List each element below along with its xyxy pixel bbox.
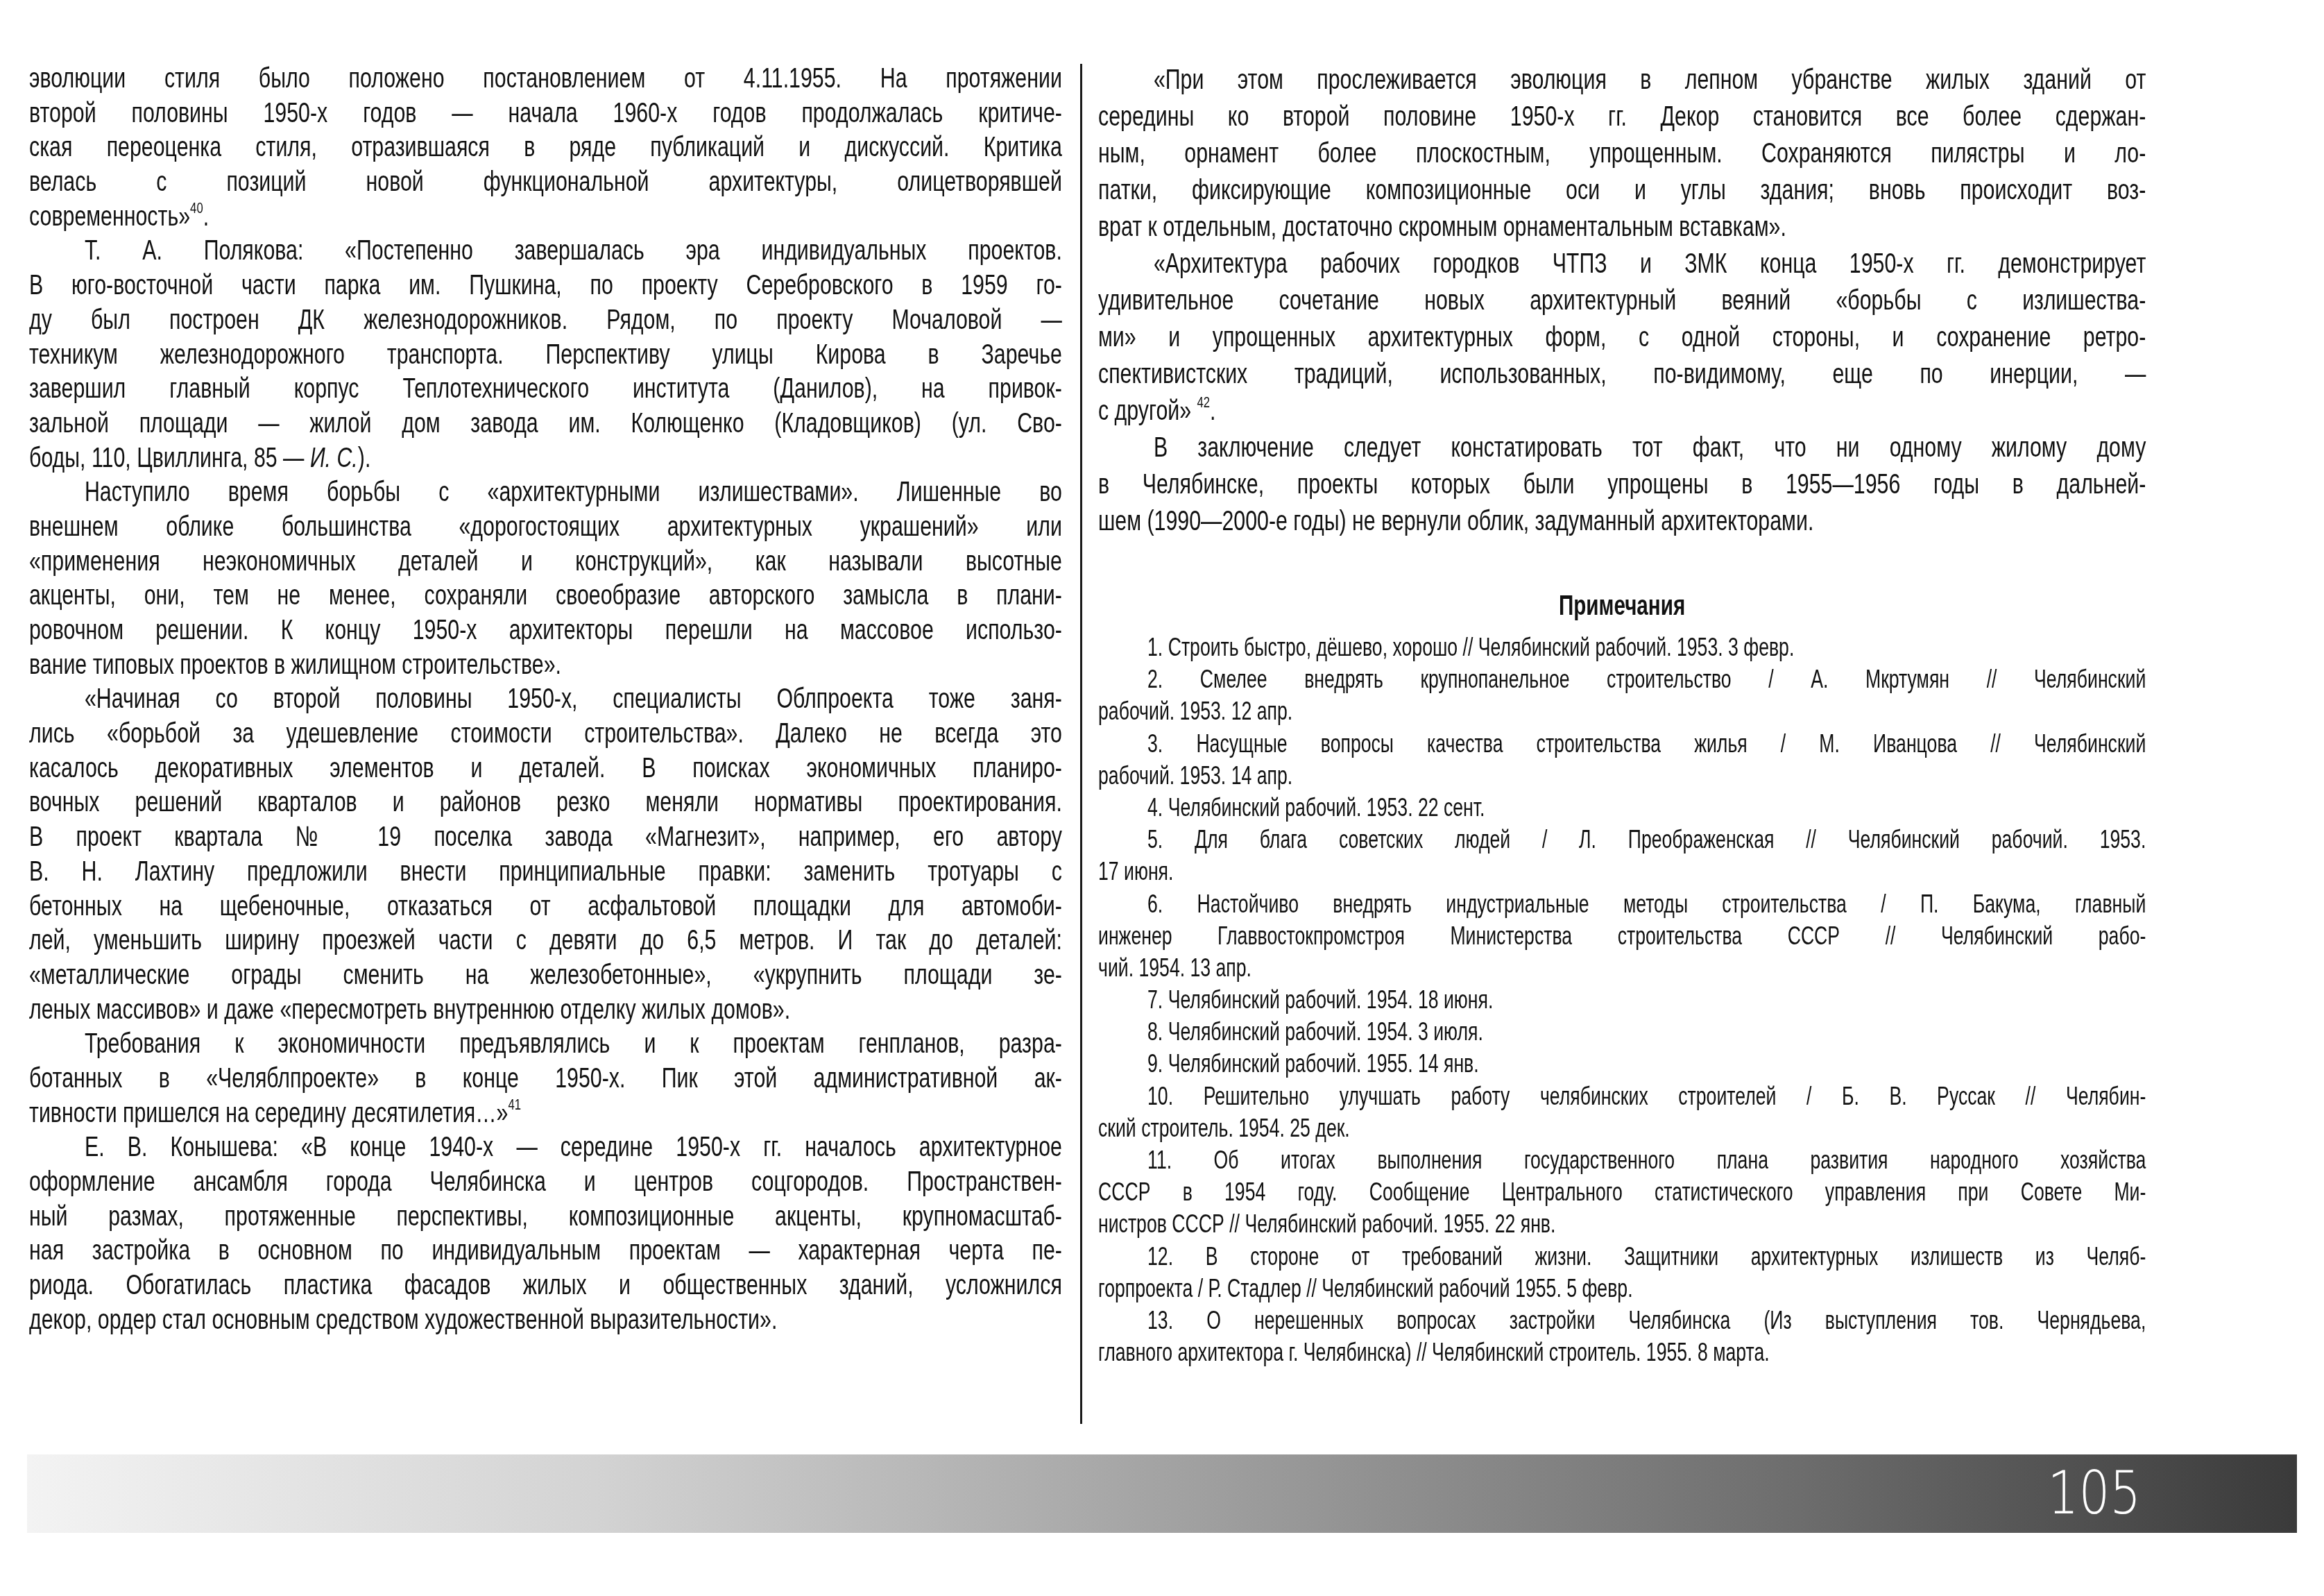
footnote-reference: 40 bbox=[190, 199, 203, 217]
body-text-line: акценты, они, тем не менее, сохраняли св… bbox=[29, 578, 1062, 613]
body-text-line: зальной площади — жилой дом завода им. К… bbox=[29, 406, 1062, 441]
footnote-reference: 42 bbox=[1197, 393, 1211, 411]
body-text-line: с другой» 42. bbox=[1098, 392, 2146, 429]
body-text-line: ный размах, протяженные перспективы, ком… bbox=[29, 1199, 1062, 1234]
body-text-line: В юго-восточной части парка им. Пушкина,… bbox=[29, 268, 1062, 303]
body-text-line: касалось декоративных элементов и детале… bbox=[29, 751, 1062, 786]
body-text-line: удивительное сочетание новых архитектурн… bbox=[1098, 282, 2146, 319]
body-text-line: «Начиная со второй половины 1950-х, спец… bbox=[29, 681, 1062, 716]
note-line: СССР в 1954 году. Сообщение Центрального… bbox=[1098, 1176, 2146, 1208]
notes-heading: Примечания bbox=[1098, 588, 2146, 623]
note-line: 10. Решительно улучшать работу челябинск… bbox=[1098, 1080, 2146, 1112]
body-text-line: врат к отдельным, достаточно скромным ор… bbox=[1098, 208, 2146, 245]
note-line: рабочий. 1953. 12 апр. bbox=[1098, 695, 2146, 727]
body-text-line: бетонных на щебеночные, отказаться от ас… bbox=[29, 889, 1062, 924]
body-text-line: ботанных в «Челяблпроекте» в конце 1950-… bbox=[29, 1061, 1062, 1096]
body-text-line: «При этом прослеживается эволюция в лепн… bbox=[1098, 61, 2146, 98]
body-text-line: завершил главный корпус Теплотехническог… bbox=[29, 371, 1062, 406]
body-text-line: вочных решений кварталов и районов резко… bbox=[29, 785, 1062, 820]
note-line: главного архитектора г. Челябинска) // Ч… bbox=[1098, 1336, 2146, 1368]
body-text-line: В проект квартала № 19 поселка завода «М… bbox=[29, 820, 1062, 854]
body-text-line: «металлические ограды сменить на железоб… bbox=[29, 958, 1062, 992]
body-text-line: Е. В. Конышева: «В конце 1940-х — середи… bbox=[29, 1130, 1062, 1164]
note-line: 2. Смелее внедрять крупнопанельное строи… bbox=[1098, 663, 2146, 695]
note-line: 6. Настойчиво внедрять индустриальные ме… bbox=[1098, 888, 2146, 920]
body-text-line: шем (1990—2000-е годы) не вернули облик,… bbox=[1098, 502, 2146, 539]
right-column-lines: «При этом прослеживается эволюция в лепн… bbox=[1098, 61, 2146, 539]
note-line: 3. Насущные вопросы качества строительст… bbox=[1098, 728, 2146, 760]
body-text-line: внешнем облике большинства «дорогостоящи… bbox=[29, 509, 1062, 544]
note-line: 9. Челябинский рабочий. 1955. 14 янв. bbox=[1098, 1048, 2146, 1080]
body-text-line: второй половины 1950-х годов — начала 19… bbox=[29, 96, 1062, 130]
body-text-line: вание типовых проектов в жилищном строит… bbox=[29, 647, 1062, 682]
body-text-line: ская переоценка стиля, отразившаяся в ря… bbox=[29, 130, 1062, 164]
notes-lines: 1. Строить быстро, дёшево, хорошо // Чел… bbox=[1098, 631, 2146, 1368]
body-text-line: ми» и упрощенных архитектурных форм, с о… bbox=[1098, 319, 2146, 355]
body-text-line: риода. Обогатилась пластика фасадов жилы… bbox=[29, 1268, 1062, 1302]
body-text-line: В заключение следует констатировать тот … bbox=[1098, 429, 2146, 466]
note-line: 1. Строить быстро, дёшево, хорошо // Чел… bbox=[1098, 631, 2146, 663]
note-line: рабочий. 1953. 14 апр. bbox=[1098, 760, 2146, 792]
body-text-line: «Архитектура рабочих городков ЧТПЗ и ЗМК… bbox=[1098, 245, 2146, 282]
body-text-line: велась с позиций новой функциональной ар… bbox=[29, 164, 1062, 199]
notes-heading-text: Примечания bbox=[1559, 588, 1685, 623]
body-text-line: лей, уменьшить ширину проезжей части с д… bbox=[29, 923, 1062, 958]
body-text-line: техникум железнодорожного транспорта. Пе… bbox=[29, 337, 1062, 372]
notes-list: 1. Строить быстро, дёшево, хорошо // Чел… bbox=[1098, 631, 2324, 1368]
note-line: горпроекта / Р. Стадлер // Челябинский р… bbox=[1098, 1273, 2146, 1305]
note-line: 12. В стороне от требований жизни. Защит… bbox=[1098, 1241, 2146, 1273]
body-text-line: середины ко второй половине 1950-х гг. Д… bbox=[1098, 98, 2146, 135]
body-text-line: в Челябинске, проекты которых были упрощ… bbox=[1098, 466, 2146, 502]
note-line: чий. 1954. 13 апр. bbox=[1098, 952, 2146, 984]
note-line: 13. О нерешенных вопросах застройки Челя… bbox=[1098, 1305, 2146, 1336]
body-text-line: леных массивов» и даже «пересмотреть вну… bbox=[29, 992, 1062, 1027]
note-line: 17 июня. bbox=[1098, 856, 2146, 888]
body-text-line: ду был построен ДК железнодорожников. Ря… bbox=[29, 303, 1062, 337]
note-line: ский строитель. 1954. 25 дек. bbox=[1098, 1112, 2146, 1144]
body-text-line: тивности пришелся на середину десятилети… bbox=[29, 1096, 1062, 1130]
note-line: нистров СССР // Челябинский рабочий. 195… bbox=[1098, 1208, 2146, 1240]
body-text-line: декор, ордер стал основным средством худ… bbox=[29, 1302, 1062, 1337]
note-line: инженер Главвостокпромстроя Министерства… bbox=[1098, 920, 2146, 952]
note-line: 5. Для блага советских людей / Л. Преобр… bbox=[1098, 824, 2146, 856]
left-column-lines: эволюции стиля было положено постановлен… bbox=[29, 61, 1062, 1336]
body-text-line: боды, 110, Цвиллинга, 85 — И. С.). bbox=[29, 441, 1062, 475]
body-text-line: лись «борьбой за удешевление стоимости с… bbox=[29, 716, 1062, 751]
body-text-line: патки, фиксирующие композиционные оси и … bbox=[1098, 171, 2146, 208]
footer-gradient-bar: 105 bbox=[27, 1454, 2297, 1533]
body-text-line: ным, орнамент более плоскостным, упрощен… bbox=[1098, 135, 2146, 171]
body-text-line: современность»40. bbox=[29, 199, 1062, 234]
body-text-line: В. Н. Лахтину предложили внести принципи… bbox=[29, 854, 1062, 889]
body-text-line: Требования к экономичности предъявлялись… bbox=[29, 1026, 1062, 1061]
body-text-line: эволюции стиля было положено постановлен… bbox=[29, 61, 1062, 96]
note-line: 8. Челябинский рабочий. 1954. 3 июля. bbox=[1098, 1016, 2146, 1048]
body-text-line: оформление ансамбля города Челябинска и … bbox=[29, 1164, 1062, 1199]
page-number: 105 bbox=[2047, 1460, 2141, 1527]
right-text-column: «При этом прослеживается эволюция в лепн… bbox=[1098, 61, 2324, 539]
body-text-line: Т. А. Полякова: «Постепенно завершалась … bbox=[29, 233, 1062, 268]
body-text-line: спективистских традиций, использованных,… bbox=[1098, 355, 2146, 392]
note-line: 4. Челябинский рабочий. 1953. 22 сент. bbox=[1098, 792, 2146, 824]
note-line: 11. Об итогах выполнения государственног… bbox=[1098, 1144, 2146, 1176]
body-text-line: ная застройка в основном по индивидуальн… bbox=[29, 1233, 1062, 1268]
footnote-reference: 41 bbox=[508, 1096, 521, 1113]
body-text-line: ровочном решении. К концу 1950-х архитек… bbox=[29, 613, 1062, 647]
note-line: 7. Челябинский рабочий. 1954. 18 июня. bbox=[1098, 984, 2146, 1016]
column-divider bbox=[1080, 64, 1082, 1424]
body-text-line: «применения неэкономичных деталей и конс… bbox=[29, 544, 1062, 579]
body-text-line: Наступило время борьбы с «архитектурными… bbox=[29, 475, 1062, 509]
